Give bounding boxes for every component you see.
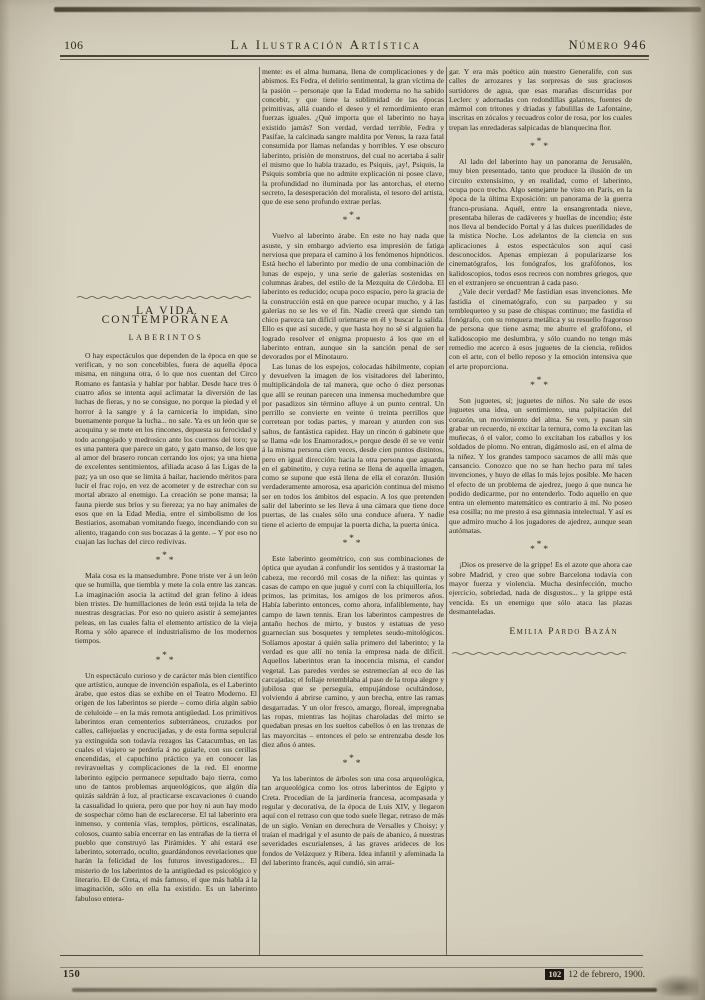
scan-edge-top — [54, 7, 701, 12]
asterism-bottom: * * — [262, 542, 444, 547]
asterism-separator: * * * — [262, 757, 444, 767]
author-signature: Emilia Pardo Bazán — [449, 628, 632, 637]
wavy-rule — [77, 295, 255, 300]
page-header: 106 La Ilustración Artística Número 946 — [64, 37, 647, 53]
article-title: LA VIDA CONTEMPORÁNEA — [75, 307, 257, 326]
asterism-separator: * * * — [75, 654, 257, 664]
asterism-bottom: * * — [75, 659, 257, 664]
footer-rule-top — [60, 955, 643, 956]
paragraph: gar. Y era más poético aún nuestro Gener… — [449, 67, 632, 132]
paragraph: ¿Vale decir verdad? Me fastidian esas in… — [449, 287, 632, 371]
asterism-bottom: * * — [449, 384, 632, 389]
header-rule-thin — [60, 59, 649, 60]
asterism-separator: * * * — [262, 214, 444, 224]
paragraph: Al lado del laberinto hay un panorama de… — [449, 157, 632, 287]
page-number: 106 — [64, 38, 84, 53]
asterism-separator: * * * — [449, 379, 632, 389]
column-divider — [446, 67, 447, 955]
paragraph: mente: es el alma humana, llena de compl… — [262, 67, 444, 206]
article-subtitle: LABERINTOS — [75, 333, 257, 342]
wavy-rule — [452, 651, 630, 656]
paragraph: Son juguetes, sí; juguetes de niños. No … — [449, 396, 632, 535]
issue-number-label: Número 946 — [569, 38, 647, 53]
header-rule-thick — [60, 55, 649, 57]
scan-shade-right — [689, 0, 705, 1000]
scan-shade-left — [0, 0, 10, 1000]
masthead-title: La Ilustración Artística — [231, 37, 422, 53]
paragraph: Las lunas de los espejos, colocadas hábi… — [262, 362, 444, 529]
column-right: gar. Y era más poético aún nuestro Gener… — [449, 67, 632, 955]
page-footer: 150 102 12 de febrero, 1900. — [63, 969, 645, 980]
asterism-separator: * * * — [75, 554, 257, 564]
paragraph: Ya los laberintos de árboles son una cos… — [262, 774, 444, 867]
footer-issue-badge: 102 — [545, 969, 564, 980]
asterism-bottom: * * — [449, 145, 632, 150]
scan-blot-bottom-right — [651, 974, 699, 996]
paragraph: ¡Dios os preserve de la grippe! Es el az… — [449, 560, 632, 616]
asterism-bottom: * * — [449, 548, 632, 553]
asterism-bottom: * * — [75, 559, 257, 564]
paragraph: Un espectáculo curioso y de carácter más… — [75, 671, 257, 903]
footer-rule-bottom — [60, 967, 643, 968]
paragraph: Mala cosa es la mansedumbre. Pone triste… — [75, 571, 257, 645]
column-left-blank — [75, 67, 257, 295]
column-divider — [259, 67, 260, 955]
paragraph: Este laberinto geométrico, con sus combi… — [262, 554, 444, 749]
footer-issue-date: 102 12 de febrero, 1900. — [545, 969, 645, 980]
footer-page-number: 150 — [63, 969, 80, 980]
asterism-separator: * * * — [262, 537, 444, 547]
paragraph: Vuelvo al laberinto árabe. En este no ha… — [262, 231, 444, 361]
column-middle: mente: es el alma humana, llena de compl… — [262, 67, 444, 955]
column-left: LA VIDA CONTEMPORÁNEA LABERINTOS O hay e… — [75, 67, 257, 955]
asterism-bottom: * * — [262, 219, 444, 224]
asterism-bottom: * * — [262, 762, 444, 767]
paragraph: O hay espectáculos que dependen de la ép… — [75, 351, 257, 546]
scan-edge-bottom — [72, 988, 657, 992]
asterism-separator: * * * — [449, 543, 632, 553]
magazine-page: 106 La Ilustración Artística Número 946 … — [0, 0, 705, 1000]
asterism-separator: * * * — [449, 140, 632, 150]
footer-date: 12 de febrero, 1900. — [568, 970, 645, 980]
article-columns: LA VIDA CONTEMPORÁNEA LABERINTOS O hay e… — [75, 67, 632, 955]
